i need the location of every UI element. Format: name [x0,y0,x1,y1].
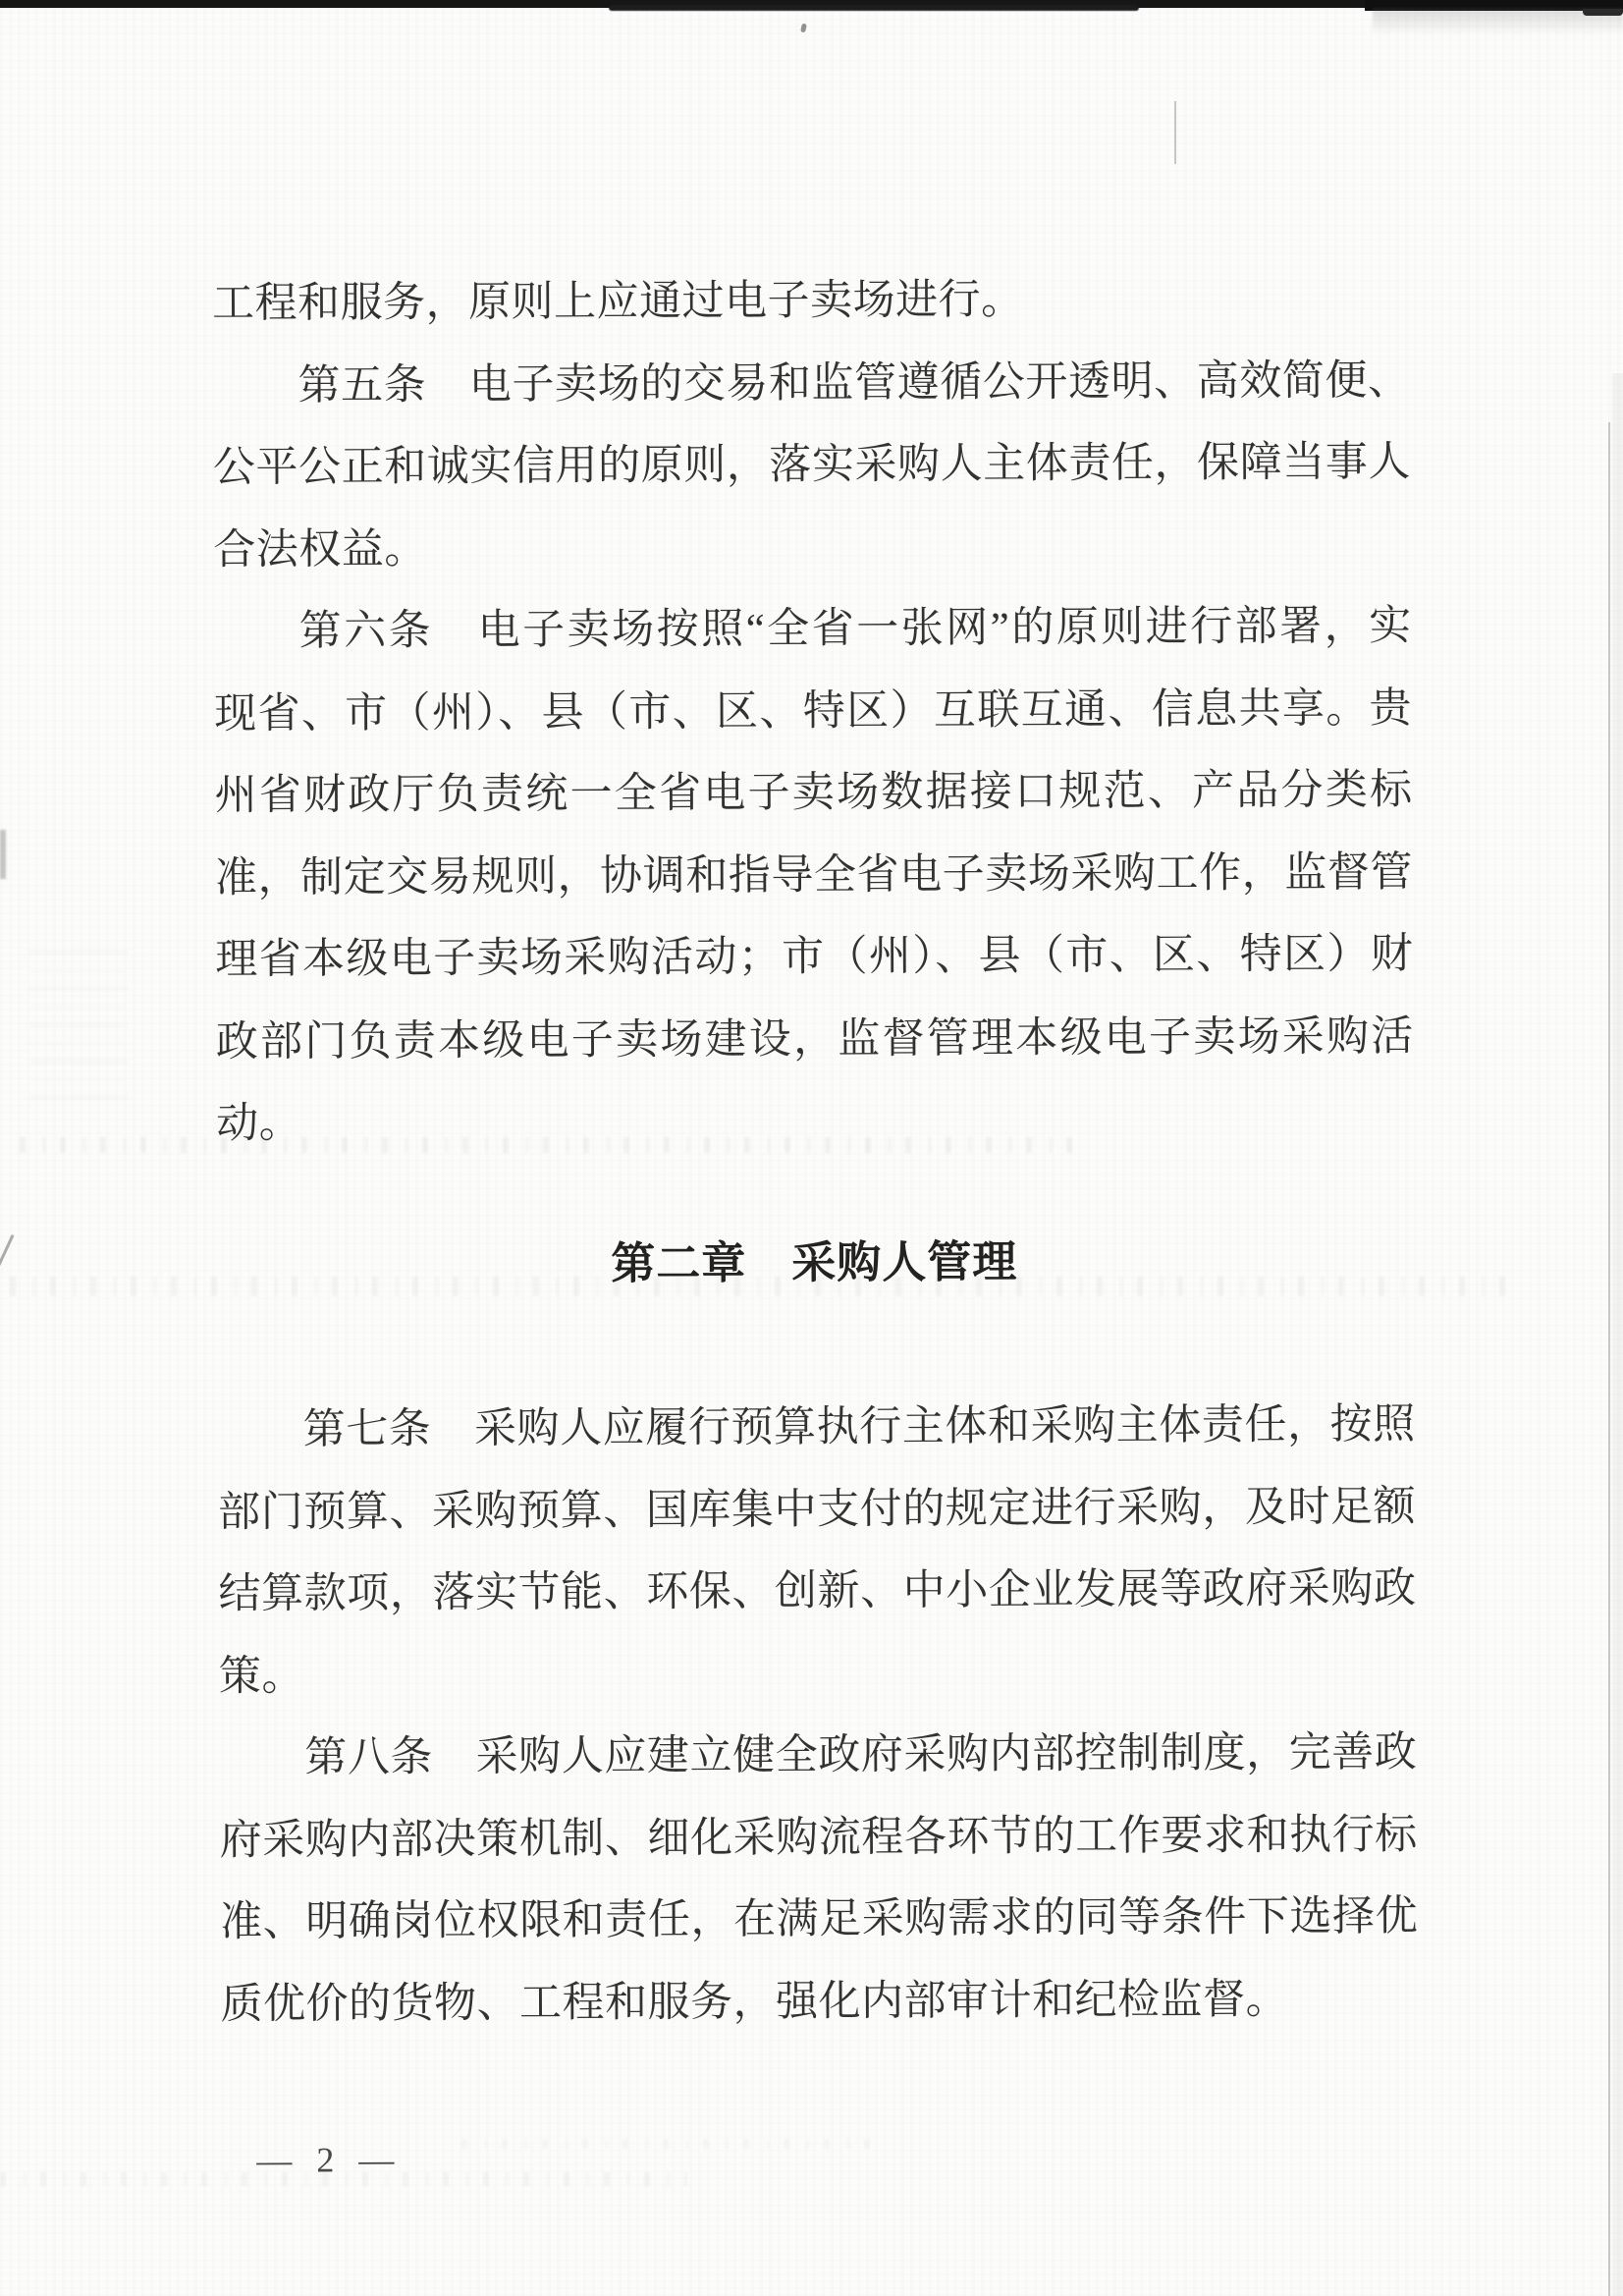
document-content: 工程和服务，原则上应通过电子卖场进行。 第五条 电子卖场的交易和监管遵循公开透明… [0,0,1623,2296]
text-line: 工程和服务，原则上应通过电子卖场进行。 [212,257,1410,345]
chapter-heading: 第二章 采购人管理 [3,1218,1623,1308]
text-line: 府采购内部决策机制、细化采购流程各环节的工作要求和执行标 [220,1794,1418,1882]
text-line: 公平公正和诚实信用的原则，落实采购人主体责任，保障当事人 [213,421,1411,509]
text-line: 策。 [219,1630,1417,1718]
text-line: 部门预算、采购预算、国库集中支付的规定进行采购，及时足额 [218,1466,1416,1554]
text-line-article-8: 第八条 采购人应建立健全政府采购内部控制制度，完善政 [219,1712,1417,1799]
text-line: 结算款项，落实节能、环保、创新、中小企业发展等政府采购政 [218,1548,1416,1635]
text-line: 现省、市（州）、县（市、区、特区）互联互通、信息共享。贵 [214,668,1412,755]
body-text-block-2: 第七条 采购人应履行预算执行主体和采购主体责任，按照 部门预算、采购预算、国库集… [217,1384,1418,2046]
body-text-block-1: 工程和服务，原则上应通过电子卖场进行。 第五条 电子卖场的交易和监管遵循公开透明… [212,257,1414,1165]
text-line-article-5: 第五条 电子卖场的交易和监管遵循公开透明、高效简便、 [212,340,1410,427]
scanned-document-page: { "doc": { "body_lines_block1": [ "工程和服务… [0,0,1623,2296]
text-line-article-6: 第六条 电子卖场按照“全省一张网”的原则进行部署，实 [214,585,1412,673]
text-line: 准、明确岗位权限和责任，在满足采购需求的同等条件下选择优 [220,1876,1418,1963]
page-number: — 2 — [245,2132,412,2188]
text-line: 准，制定交易规则，协调和指导全省电子卖场采购工作，监督管 [215,832,1413,919]
text-line: 政部门负责本级电子卖场建设，监督管理本级电子卖场采购活 [216,996,1414,1083]
text-line: 质优价的货物、工程和服务，强化内部审计和纪检监督。 [220,1958,1418,2046]
text-line: 合法权益。 [213,504,1411,591]
text-line-article-7: 第七条 采购人应履行预算执行主体和采购主体责任，按照 [217,1384,1415,1471]
text-line: 理省本级电子卖场采购活动；市（州）、县（市、区、特区）财 [215,913,1413,1001]
text-line: 州省财政厅负责统一全省电子卖场数据接口规范、产品分类标 [214,749,1412,837]
text-line: 动。 [216,1077,1414,1165]
